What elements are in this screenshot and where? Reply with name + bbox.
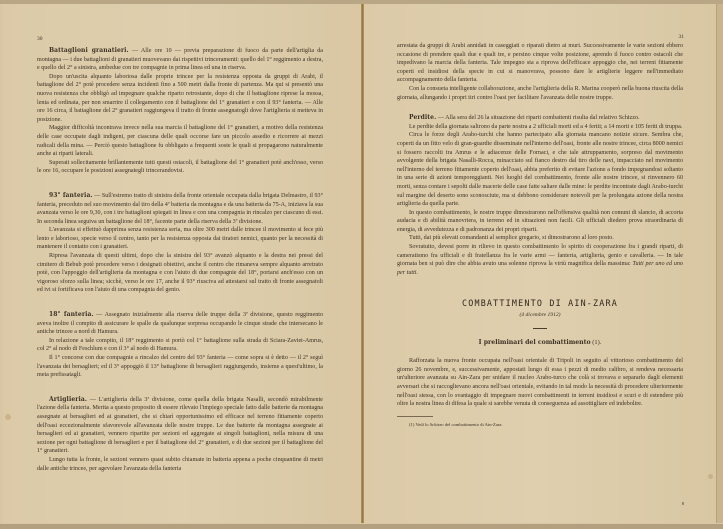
paragraph: Tutti, dai più elevati comandanti al sem… [397,234,683,243]
chapter-title: COMBATTIMENTO DI AIN-ZARA [397,299,683,308]
paragraph: Superati sollecitamente brillantemente t… [37,159,323,176]
paragraph: Sovratutto, devesi porre in rilievo in q… [397,243,683,277]
bottom-edge [0,524,723,529]
section-artiglieria: Artiglieria. — L'artiglieria della 3ª di… [37,396,323,473]
section-18-fanteria: 18° fanteria. — Assegnato inizialmente a… [37,311,323,380]
paragraph: 18° fanteria. — Assegnato inizialmente a… [37,311,323,337]
left-text-column: Battaglioni granatieri. — Alle ore 10 — … [37,47,323,473]
paragraph: Rafforzata la nuova fronte occupata nell… [397,357,683,409]
paper-stain [708,474,713,479]
book-spread: 30 Battaglioni granatieri. — Alle ore 10… [0,0,723,529]
signature-mark: 8 [682,501,684,506]
paragraph: Artiglieria. — L'artiglieria della 3ª di… [37,396,323,456]
chapter-date: (4 dicembre 1912) [397,311,683,320]
section-heading: Battaglioni granatieri. [49,47,129,54]
paragraph: Con la consueta intelligente collaborazi… [397,85,683,102]
page-edge [716,4,723,523]
page-number-right: 31 [679,34,685,40]
paragraph: In questo combattimento, le nostre trupp… [397,209,683,235]
paragraph: Ripresa l'avanzata di questi ultimi, dop… [37,252,323,295]
right-page: 31 arrestata da gruppi di Arabi annidati… [364,4,716,523]
paragraph: Perdite. — Alla sera del 26 la situazion… [397,114,683,123]
left-page: 30 Battaglioni granatieri. — Alle ore 10… [3,4,362,523]
section-93-fanteria: 93° fanteria. — Sull'estremo tratto di s… [37,192,323,295]
paragraph: Le perdite della giornata salirono da pa… [397,123,683,132]
section-heading: Artiglieria. [49,396,87,403]
footnote-rule [397,416,433,417]
page-number-left: 30 [37,36,43,42]
section-heading: 93° fanteria. [49,192,93,199]
paragraph: Battaglioni granatieri. — Alle ore 10 — … [37,47,323,73]
paragraph: arrestata da gruppi di Arabi annidati in… [397,42,683,85]
paragraph: Dopo un'uscita alquanto laboriosa dalle … [37,73,323,125]
paragraph: Maggior difficoltà incontrava invece nel… [37,124,323,158]
section-heading: 18° fanteria. [49,311,94,318]
right-text-column: arrestata da gruppi di Arabi annidati in… [397,42,683,429]
section-perdite: Perdite. — Alla sera del 26 la situazion… [397,114,683,277]
paragraph: Lungo tutta la fronte, le sezioni venner… [37,456,323,473]
section-granatieri: Battaglioni granatieri. — Alle ore 10 — … [37,47,323,176]
paragraph: Circa le forze degli Arabo-turchi che ha… [397,131,683,208]
footnote-ref: (1). [592,339,601,346]
paragraph: Il 1° concorse con due compagnie a rinca… [37,354,323,380]
paragraph: In relazione a tale compito, il 18° regg… [37,337,323,354]
title-rule [533,328,547,329]
paragraph: L'avanzata si effettuò dapprima senza re… [37,226,323,252]
footnote: (1) Vedi lo Schizzo del combattimento di… [397,421,683,430]
chapter-subheading: I preliminari del combattimento (1). [397,339,683,348]
section-heading: Perdite. [409,114,436,121]
paper-stain [5,414,11,420]
paragraph: 93° fanteria. — Sull'estremo tratto di s… [37,192,323,226]
